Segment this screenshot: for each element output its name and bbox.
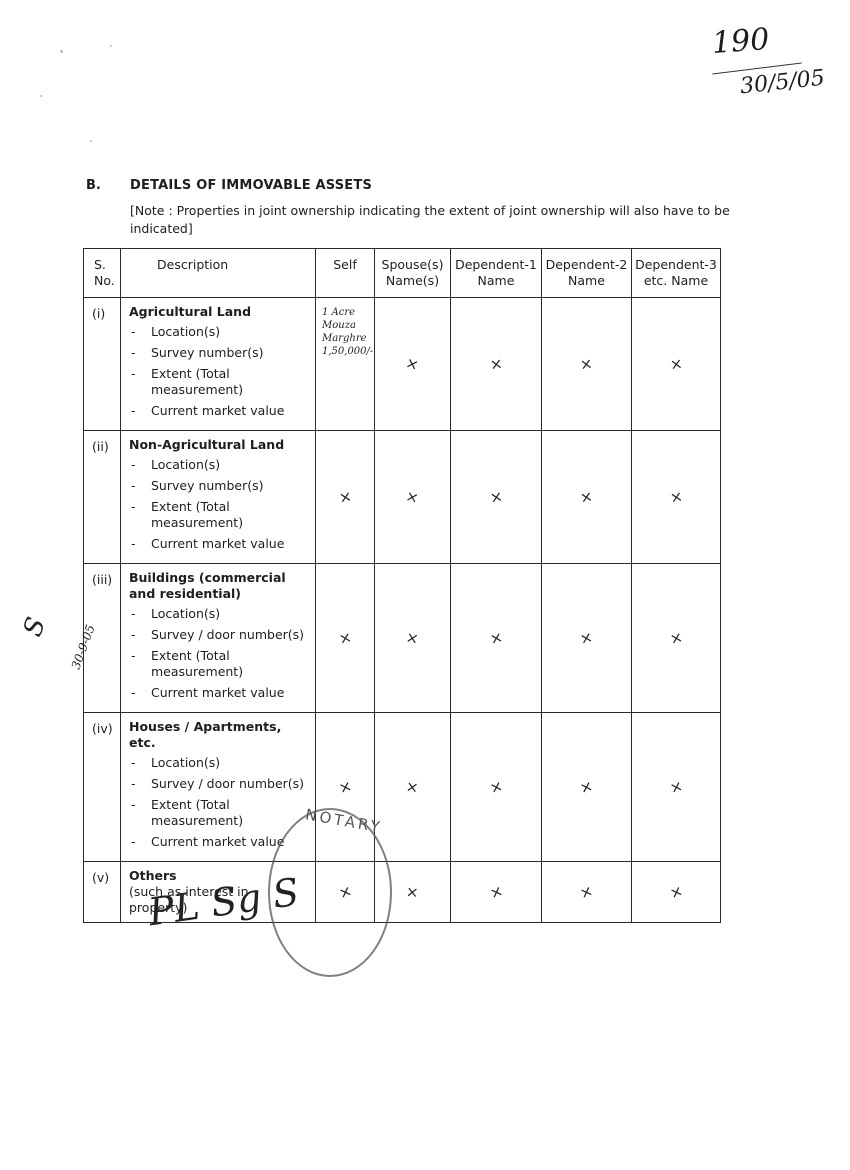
cross-mark-icon: ×	[337, 628, 354, 649]
cell-spouse: ×	[375, 564, 451, 713]
header-description: Description	[121, 249, 316, 298]
scan-speck	[40, 95, 42, 97]
cross-mark-icon: ×	[336, 777, 353, 798]
section-letter: B.	[86, 178, 101, 193]
section-title: DETAILS OF IMMOVABLE ASSETS	[130, 178, 372, 193]
asset-detail-item: Extent (Total measurement)	[129, 648, 309, 680]
cross-mark-icon: ×	[667, 881, 685, 902]
table-row: (iii)Buildings (commercial and residenti…	[84, 564, 721, 713]
asset-category-title: Houses / Apartments, etc.	[129, 719, 309, 751]
margin-initials: S	[18, 614, 52, 641]
cell-dep2: ×	[542, 431, 632, 564]
cell-dep1: ×	[451, 298, 542, 431]
cross-mark-icon: ×	[579, 354, 594, 374]
row-description: Non-Agricultural LandLocation(s)Survey n…	[121, 431, 316, 564]
cross-mark-icon: ×	[578, 777, 595, 798]
asset-detail-item: Location(s)	[129, 606, 309, 622]
cross-mark-icon: ×	[668, 628, 685, 649]
asset-detail-item: Survey number(s)	[129, 478, 309, 494]
header-dependent-1: Dependent-1 Name	[451, 249, 542, 298]
table-header-row: S. No. Description Self Spouse(s) Name(s…	[84, 249, 721, 298]
cell-dep2: ×	[542, 564, 632, 713]
handwritten-reference-date: 30/5/05	[739, 66, 826, 100]
cell-dep1: ×	[451, 862, 542, 923]
row-sno: (i)	[84, 298, 121, 431]
cross-mark-icon: ×	[578, 881, 596, 902]
cross-mark-icon: ×	[404, 487, 421, 508]
asset-detail-item: Current market value	[129, 403, 309, 419]
row-sno: (ii)	[84, 431, 121, 564]
cell-dep3: ×	[632, 298, 721, 431]
asset-detail-item: Location(s)	[129, 324, 309, 340]
scan-speck	[110, 45, 112, 47]
asset-detail-item: Location(s)	[129, 457, 309, 473]
row-sno: (v)	[84, 862, 121, 923]
row-description: Buildings (commercial and residential)Lo…	[121, 564, 316, 713]
cross-mark-icon: ×	[668, 487, 684, 507]
cell-dep1: ×	[451, 431, 542, 564]
header-spouse: Spouse(s) Name(s)	[375, 249, 451, 298]
cross-mark-icon: ×	[488, 487, 504, 507]
cross-mark-icon: ×	[489, 354, 504, 374]
cell-dep3: ×	[632, 862, 721, 923]
asset-detail-item: Survey / door number(s)	[129, 627, 309, 643]
cell-spouse: ×	[375, 298, 451, 431]
row-sno: (iv)	[84, 713, 121, 862]
cell-self: 1 Acre Mouza Marghre 1,50,000/-	[316, 298, 375, 431]
cross-mark-icon: ×	[579, 487, 595, 507]
header-sno: S. No.	[84, 249, 121, 298]
cross-mark-icon: ×	[405, 882, 419, 901]
asset-detail-item: Current market value	[129, 536, 309, 552]
cross-mark-icon: ×	[488, 628, 505, 649]
asset-detail-item: Survey number(s)	[129, 345, 309, 361]
cell-dep2: ×	[542, 713, 632, 862]
cross-mark-icon: ×	[578, 628, 595, 649]
header-self: Self	[316, 249, 375, 298]
cell-dep3: ×	[632, 564, 721, 713]
cell-dep3: ×	[632, 431, 721, 564]
cross-mark-icon: ×	[404, 353, 422, 374]
handwritten-entry: 1 Acre Mouza Marghre 1,50,000/-	[322, 307, 373, 357]
header-dependent-3: Dependent-3 etc. Name	[632, 249, 721, 298]
cell-dep3: ×	[632, 713, 721, 862]
cross-mark-icon: ×	[669, 354, 684, 374]
asset-category-title: Buildings (commercial and residential)	[129, 570, 309, 602]
asset-detail-item: Survey / door number(s)	[129, 776, 309, 792]
table-row: (ii)Non-Agricultural LandLocation(s)Surv…	[84, 431, 721, 564]
cross-mark-icon: ×	[404, 628, 420, 648]
table-row: (i)Agricultural LandLocation(s)Survey nu…	[84, 298, 721, 431]
asset-category-title: Agricultural Land	[129, 304, 309, 320]
cell-dep1: ×	[451, 713, 542, 862]
asset-detail-item: Current market value	[129, 685, 309, 701]
cross-mark-icon: ×	[405, 777, 420, 797]
asset-detail-item: Location(s)	[129, 755, 309, 771]
header-dependent-2: Dependent-2 Name	[542, 249, 632, 298]
asset-detail-item: Extent (Total measurement)	[129, 499, 309, 531]
section-note: [Note : Properties in joint ownership in…	[130, 202, 730, 238]
cross-mark-icon: ×	[667, 777, 684, 798]
cell-dep1: ×	[451, 564, 542, 713]
asset-detail-item: Extent (Total measurement)	[129, 366, 309, 398]
scan-speck	[90, 140, 92, 142]
asset-category-title: Non-Agricultural Land	[129, 437, 309, 453]
handwritten-reference-number: 190	[711, 22, 771, 61]
cross-mark-icon: ×	[337, 487, 353, 507]
cross-mark-icon: ×	[487, 777, 504, 798]
asset-detail-item: Extent (Total measurement)	[129, 797, 309, 829]
cell-spouse: ×	[375, 431, 451, 564]
immovable-assets-table: S. No. Description Self Spouse(s) Name(s…	[83, 248, 721, 923]
cell-self: ×	[316, 564, 375, 713]
cell-dep2: ×	[542, 298, 632, 431]
row-description: Agricultural LandLocation(s)Survey numbe…	[121, 298, 316, 431]
table-row: (iv)Houses / Apartments, etc.Location(s)…	[84, 713, 721, 862]
scan-speck	[60, 50, 63, 53]
cell-spouse: ×	[375, 713, 451, 862]
cell-dep2: ×	[542, 862, 632, 923]
cell-self: ×	[316, 431, 375, 564]
cross-mark-icon: ×	[487, 881, 505, 902]
